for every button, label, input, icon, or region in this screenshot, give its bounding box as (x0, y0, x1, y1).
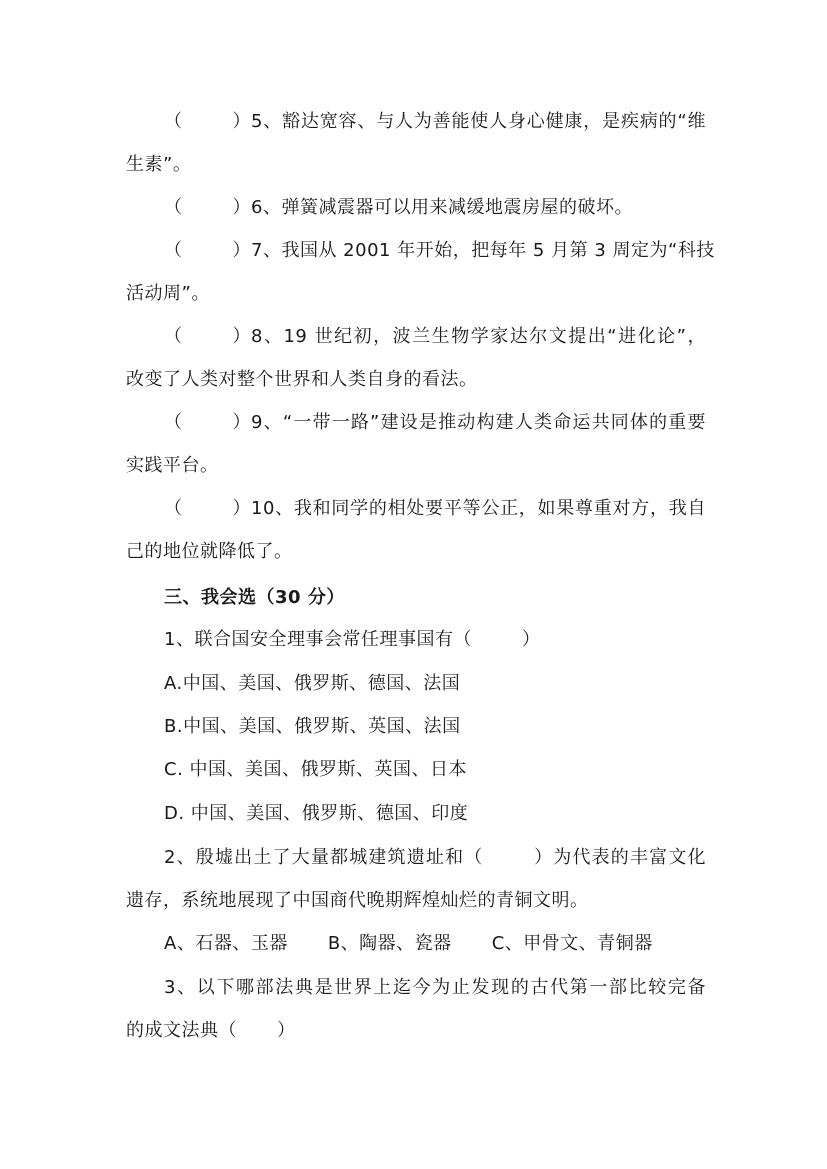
question-1-option-b: B.中国、美国、俄罗斯、英国、法国 (164, 715, 461, 739)
question-2-option-a: A、石器、玉器 (164, 933, 288, 954)
judgment-text: 8、19 世纪初，波兰生物学家达尔文提出“进化论”， (251, 326, 706, 347)
answer-paren-open: （ (164, 110, 183, 134)
answer-paren-close: ） (233, 110, 252, 134)
section-heading: 三、我会选（30 分） (164, 586, 345, 610)
question-text: 2、殷墟出土了大量都城建筑遗址和（ (164, 847, 483, 868)
judgment-text: 5、豁达宽容、与人为善能使人身心健康，是疾病的“维 (251, 111, 706, 132)
question-2-stem: 2、殷墟出土了大量都城建筑遗址和（）为代表的丰富文化 (164, 846, 706, 870)
answer-paren-close: ） (233, 325, 252, 349)
judgment-item-8: （）8、19 世纪初，波兰生物学家达尔文提出“进化论”， (164, 325, 706, 349)
judgment-item-9: （）9、“一带一路”建设是推动构建人类命运共同体的重要 (164, 411, 706, 435)
judgment-text: 7、我国从 2001 年开始，把每年 5 月第 3 周定为“科技 (251, 240, 715, 261)
question-2-option-b: B、陶器、瓷器 (328, 933, 452, 954)
question-3-stem: 3、以下哪部法典是世界上迄今为止发现的古代第一部比较完备 (164, 976, 706, 1000)
question-text: ）为代表的丰富文化 (533, 847, 706, 868)
judgment-text: 10、我和同学的相处要平等公正，如果尊重对方，我自 (251, 498, 706, 519)
answer-paren-close: ） (233, 411, 252, 435)
question-2-options: A、石器、玉器B、陶器、瓷器C、甲骨文、青铜器 (164, 932, 653, 956)
judgment-text: 9、“一带一路”建设是推动构建人类命运共同体的重要 (251, 412, 706, 433)
judgment-text: 6、弹簧减震器可以用来减缓地震房屋的破坏。 (251, 197, 633, 218)
answer-paren-open: （ (164, 411, 183, 435)
question-text: 的成文法典（ (126, 1020, 237, 1041)
question-1-option-a: A.中国、美国、俄罗斯、德国、法国 (164, 672, 460, 696)
judgment-item-8-cont: 改变了人类对整个世界和人类自身的看法。 (126, 368, 478, 392)
judgment-item-5-cont: 生素”。 (126, 153, 191, 177)
question-1-stem: 1、联合国安全理事会常任理事国有（） (164, 628, 540, 652)
answer-paren-close: ） (522, 629, 541, 650)
question-text: 1、联合国安全理事会常任理事国有（ (164, 629, 472, 650)
judgment-item-7-cont: 活动周”。 (126, 282, 210, 306)
answer-paren-open: （ (164, 239, 183, 263)
answer-paren-close: ） (233, 196, 252, 220)
answer-paren-open: （ (164, 325, 183, 349)
answer-paren-open: （ (164, 497, 183, 521)
answer-paren-close: ） (233, 497, 252, 521)
question-1-option-c: C. 中国、美国、俄罗斯、英国、日本 (164, 758, 467, 782)
question-2-option-c: C、甲骨文、青铜器 (492, 933, 653, 954)
judgment-item-9-cont: 实践平台。 (126, 454, 219, 478)
answer-paren-close: ） (233, 239, 252, 263)
answer-paren-close: ） (277, 1020, 296, 1041)
judgment-item-10-cont: 己的地位就降低了。 (126, 540, 293, 564)
answer-paren-open: （ (164, 196, 183, 220)
judgment-item-6: （）6、弹簧减震器可以用来减缓地震房屋的破坏。 (164, 196, 633, 220)
judgment-item-7: （）7、我国从 2001 年开始，把每年 5 月第 3 周定为“科技 (164, 239, 706, 263)
question-1-option-d: D. 中国、美国、俄罗斯、德国、印度 (164, 802, 468, 826)
judgment-item-5: （）5、豁达宽容、与人为善能使人身心健康，是疾病的“维 (164, 110, 706, 134)
question-2-stem-cont: 遗存，系统地展现了中国商代晚期辉煌灿烂的青铜文明。 (126, 889, 589, 913)
question-3-stem-cont: 的成文法典（） (126, 1019, 296, 1043)
judgment-item-10: （）10、我和同学的相处要平等公正，如果尊重对方，我自 (164, 497, 706, 521)
